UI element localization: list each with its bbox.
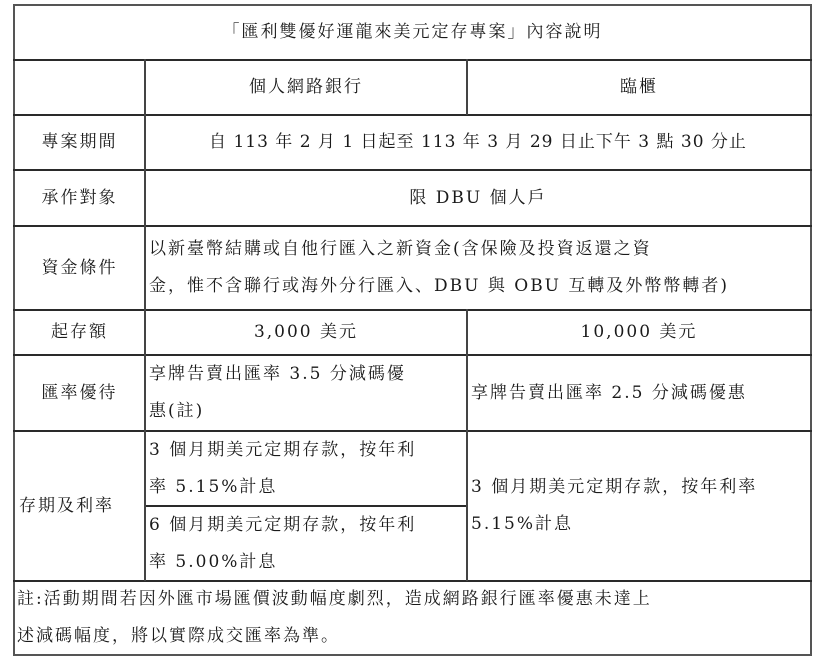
footnote-line-1: 註:活動期間若因外匯市場匯價波動幅度劇烈，造成網路銀行匯率優惠未達上 — [17, 581, 652, 618]
funds-line-2: 金，惟不含聯行或海外分行匯入、DBU 與 OBU 互轉及外幣幣轉者) — [149, 268, 729, 305]
terms-6m-line-2: 率 5.00%計息 — [149, 544, 277, 581]
terms-3m-line-2: 率 5.15%計息 — [149, 469, 277, 506]
fx-online-line-2: 惠(註) — [149, 393, 204, 430]
eligibility-value: 限 DBU 個人戶 — [146, 171, 810, 225]
table-title: 「匯利雙優好運龍來美元定存專案」內容說明 — [15, 6, 810, 59]
row-label-terms: 存期及利率 — [15, 432, 144, 580]
minimum-online: 3,000 美元 — [146, 311, 466, 354]
terms-online-6m: 6 個月期美元定期存款，按年利 率 5.00%計息 — [146, 507, 466, 580]
row-label-eligibility: 承作對象 — [15, 171, 144, 225]
minimum-counter: 10,000 美元 — [468, 311, 810, 354]
column-header-counter: 臨櫃 — [468, 61, 810, 114]
terms-online-3m: 3 個月期美元定期存款，按年利 率 5.15%計息 — [146, 432, 466, 505]
row-label-period: 專案期間 — [15, 116, 144, 169]
terms-6m-line-1: 6 個月期美元定期存款，按年利 — [149, 507, 416, 544]
funds-line-1: 以新臺幣結購或自他行匯入之新資金(含保險及投資返還之資 — [149, 231, 652, 268]
terms-counter: 3 個月期美元定期存款，按年利率 5.15%計息 — [468, 432, 810, 580]
terms-3m-line-1: 3 個月期美元定期存款，按年利 — [149, 432, 416, 469]
fx-discount-online: 享牌告賣出匯率 3.5 分減碼優 惠(註) — [146, 356, 466, 430]
column-header-online: 個人網路銀行 — [146, 61, 466, 114]
row-label-fx-discount: 匯率優待 — [15, 356, 144, 430]
fx-discount-counter: 享牌告賣出匯率 2.5 分減碼優惠 — [468, 356, 810, 430]
row-label-minimum: 起存額 — [15, 311, 144, 354]
fx-online-line-1: 享牌告賣出匯率 3.5 分減碼優 — [149, 356, 406, 393]
footnote: 註:活動期間若因外匯市場匯價波動幅度劇烈，造成網路銀行匯率優惠未達上 述減碼幅度… — [15, 582, 810, 654]
row-label-funds: 資金條件 — [15, 227, 144, 309]
terms-counter-line-2: 5.15%計息 — [471, 506, 573, 543]
funds-value: 以新臺幣結購或自他行匯入之新資金(含保險及投資返還之資 金，惟不含聯行或海外分行… — [146, 227, 810, 309]
terms-counter-line-1: 3 個月期美元定期存款，按年利率 — [471, 469, 757, 506]
footnote-line-2: 述減碼幅度，將以實際成交匯率為準。 — [17, 618, 340, 655]
period-value: 自 113 年 2 月 1 日起至 113 年 3 月 29 日止下午 3 點 … — [146, 116, 810, 169]
